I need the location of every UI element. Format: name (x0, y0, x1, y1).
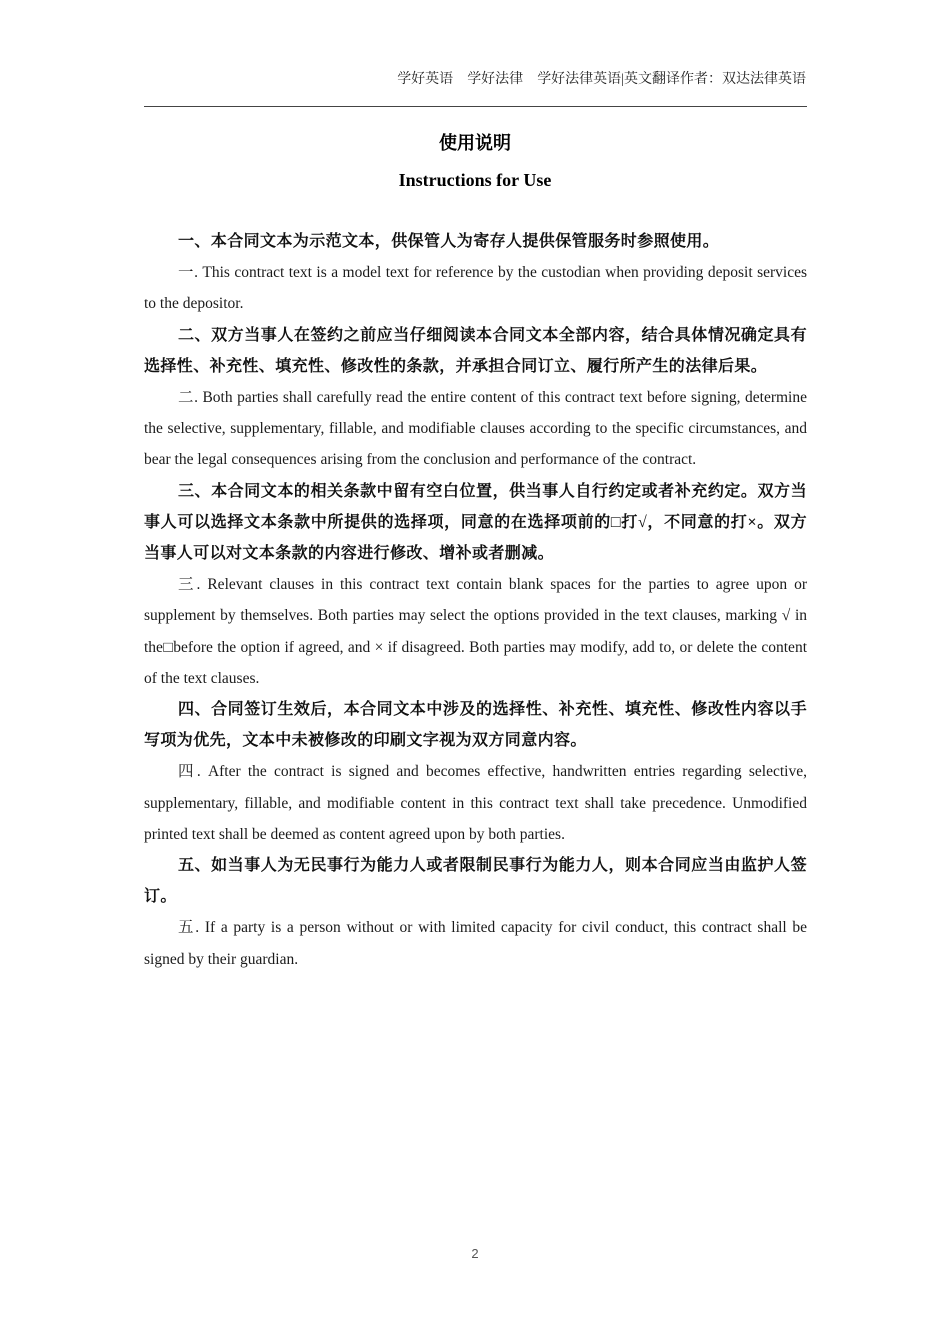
paragraph-4-chinese: 四、合同签订生效后，本合同文本中涉及的选择性、补充性、填充性、修改性内容以手写项… (144, 694, 807, 756)
paragraph-1-chinese: 一、本合同文本为示范文本，供保管人为寄存人提供保管服务时参照使用。 (144, 226, 807, 257)
paragraph-5-chinese: 五、如当事人为无民事行为能力人或者限制民事行为能力人，则本合同应当由监护人签订。 (144, 850, 807, 912)
paragraph-2-chinese: 二、双方当事人在签约之前应当仔细阅读本合同文本全部内容，结合具体情况确定具有选择… (144, 320, 807, 382)
page-number: 2 (0, 1246, 950, 1261)
document-page: 学好英语学好法律学好法律英语|英文翻译作者：双达法律英语 使用说明 Instru… (0, 0, 950, 1344)
page-title-english: Instructions for Use (0, 170, 950, 191)
header-item-learn-law: 学好法律 (467, 72, 523, 87)
paragraph-5-english: 五. If a party is a person without or wit… (144, 912, 807, 974)
page-header: 学好英语学好法律学好法律英语|英文翻译作者：双达法律英语 (144, 68, 806, 88)
paragraph-4-english: 四. After the contract is signed and beco… (144, 756, 807, 850)
page-title-chinese: 使用说明 (0, 129, 950, 155)
header-item-learn-english: 学好英语 (397, 72, 453, 87)
header-divider (144, 106, 807, 107)
paragraph-3-english: 三. Relevant clauses in this contract tex… (144, 569, 807, 694)
header-item-author: 学好法律英语|英文翻译作者：双达法律英语 (537, 72, 806, 87)
paragraph-1-english: 一. This contract text is a model text fo… (144, 257, 807, 319)
instructions-body: 一、本合同文本为示范文本，供保管人为寄存人提供保管服务时参照使用。 一. Thi… (144, 226, 807, 975)
paragraph-3-chinese: 三、本合同文本的相关条款中留有空白位置，供当事人自行约定或者补充约定。双方当事人… (144, 476, 807, 570)
paragraph-2-english: 二. Both parties shall carefully read the… (144, 382, 807, 476)
